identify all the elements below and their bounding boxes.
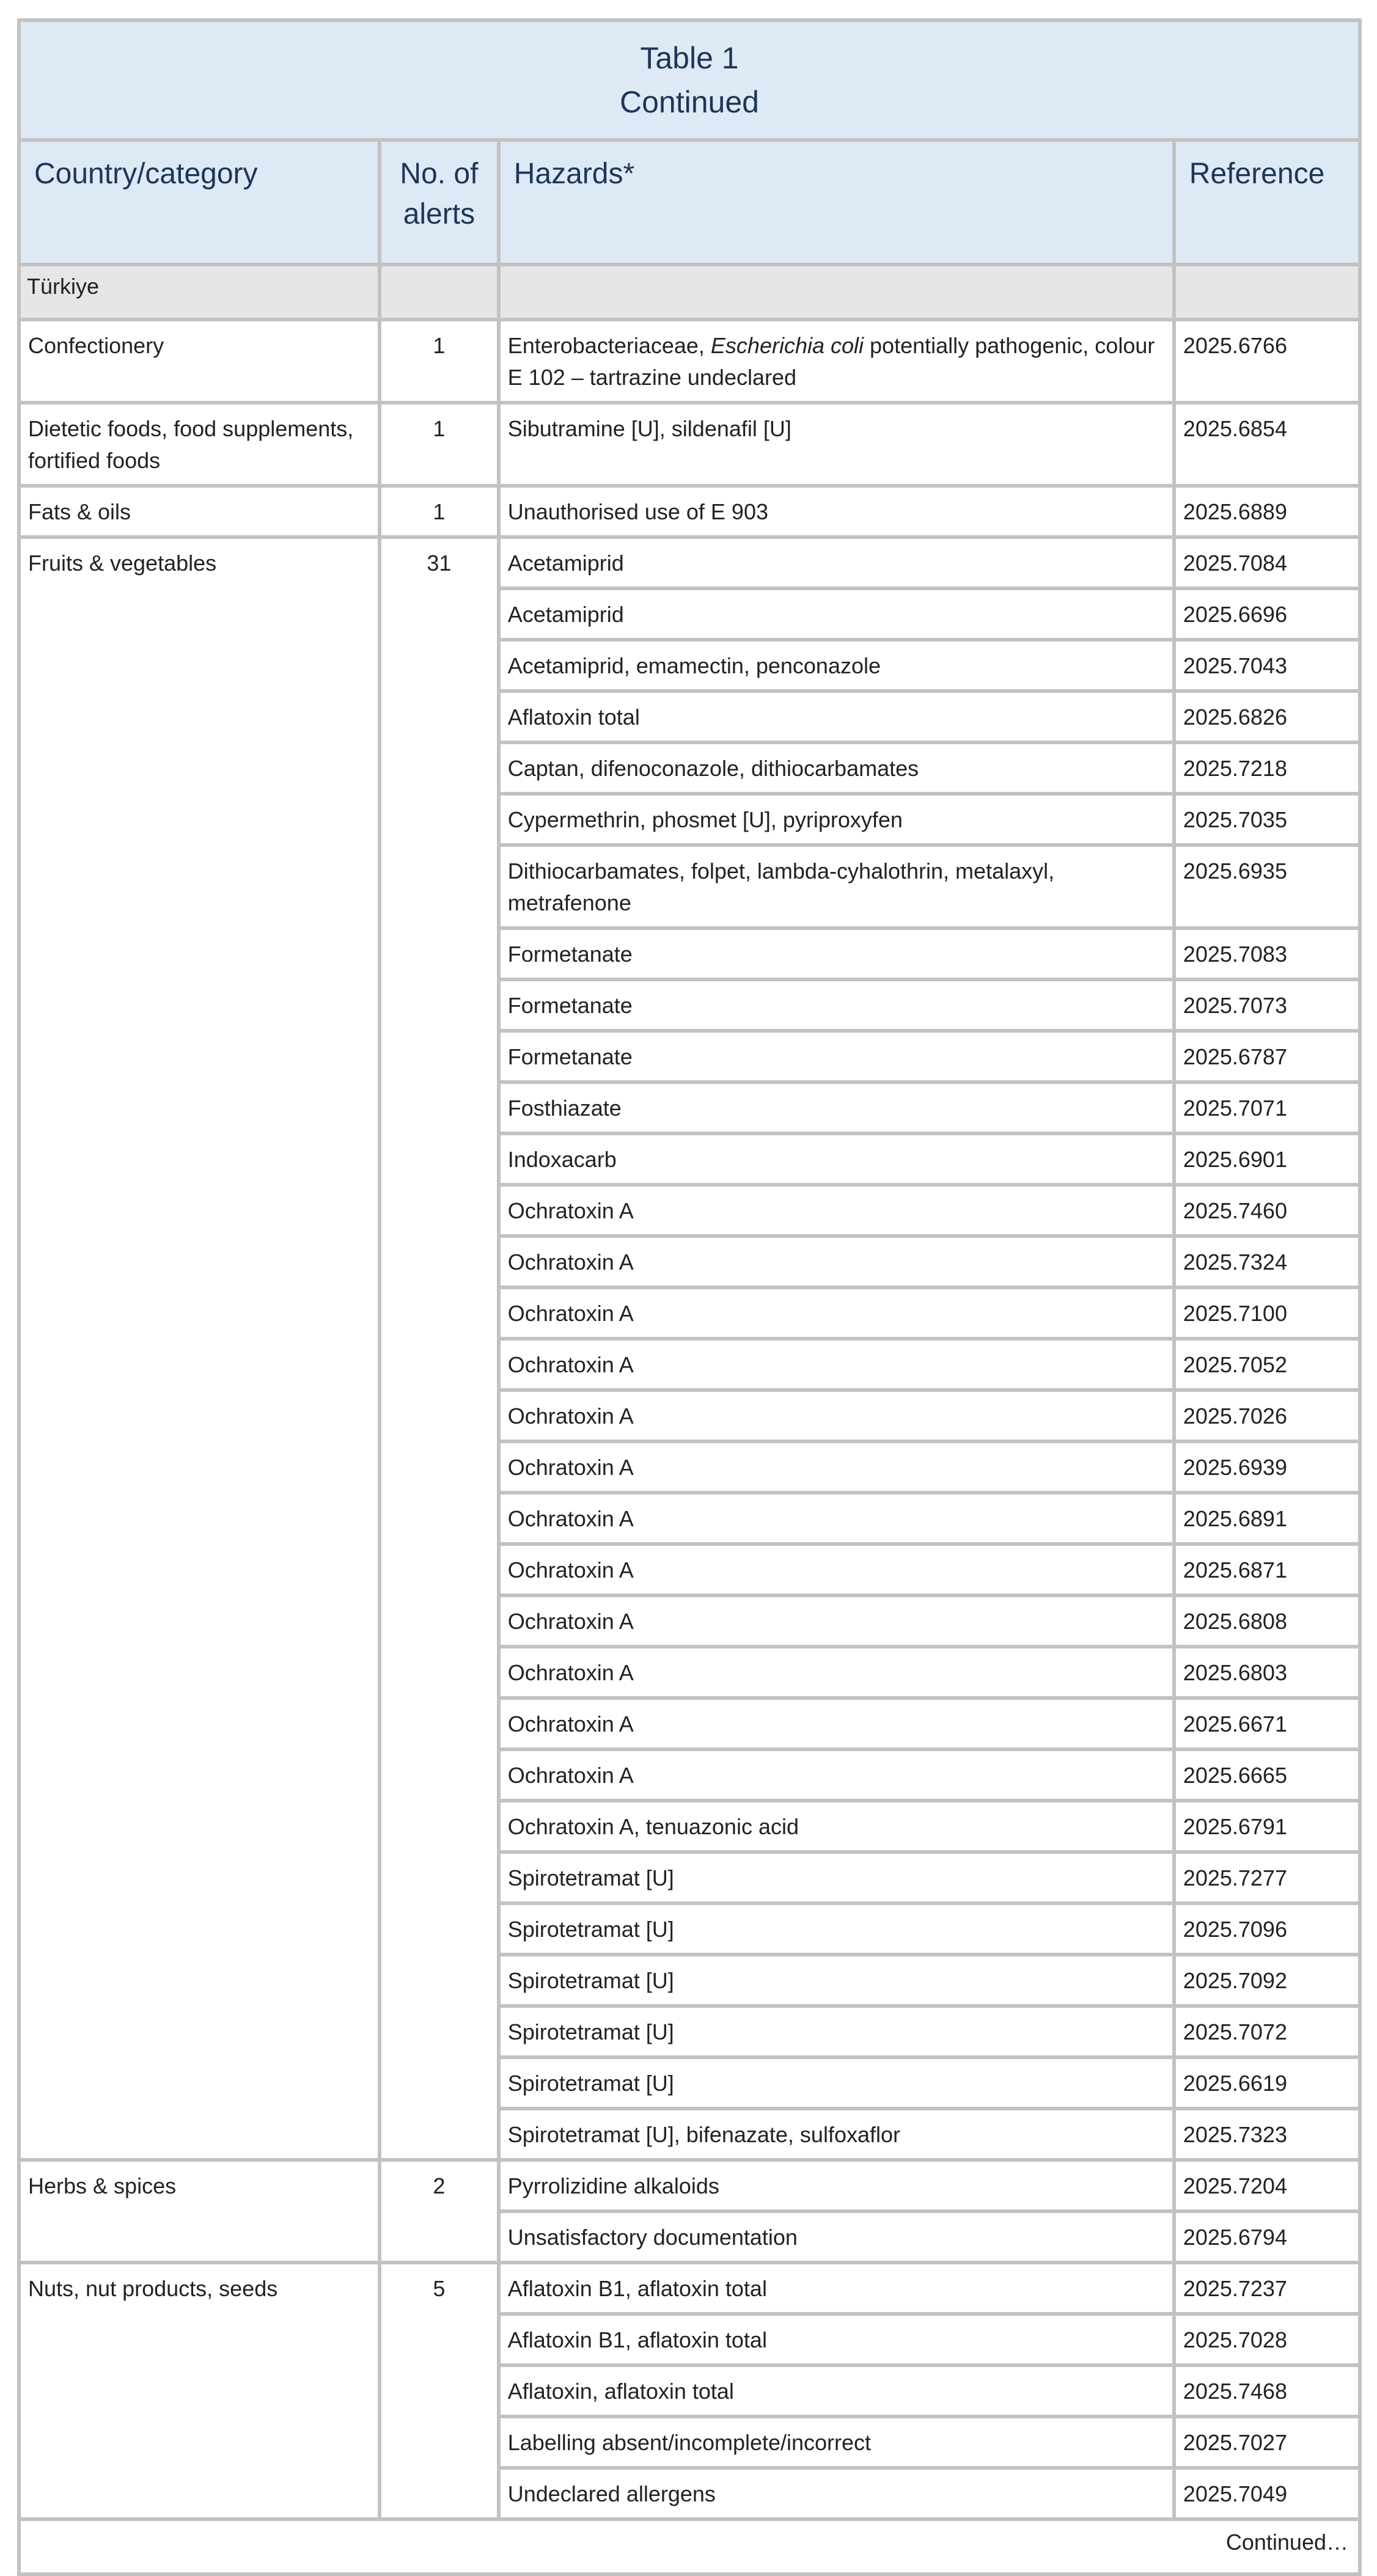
reference-cell: 2025.6889: [1174, 486, 1360, 537]
reference-cell: 2025.7323: [1174, 2109, 1360, 2160]
table-footer-row: Continued…: [19, 2519, 1360, 2574]
reference-cell: 2025.7092: [1174, 1955, 1360, 2006]
category-cell: Herbs & spices: [19, 2160, 380, 2263]
reference-cell: 2025.7096: [1174, 1903, 1360, 1955]
hazard-cell: Formetanate: [499, 1031, 1174, 1082]
hazard-cell: Spirotetramat [U], bifenazate, sulfoxafl…: [499, 2109, 1174, 2160]
hazard-cell: Acetamiprid, emamectin, penconazole: [499, 640, 1174, 691]
table-row: Fruits & vegetables31Acetamiprid2025.708…: [19, 537, 1360, 588]
reference-cell: 2025.6766: [1174, 320, 1360, 403]
alerts-count-cell: 1: [380, 320, 499, 403]
table-header-row: Country/category No. of alerts Hazards* …: [19, 140, 1360, 265]
reference-cell: 2025.7324: [1174, 1236, 1360, 1287]
hazard-cell: Ochratoxin A: [499, 1544, 1174, 1595]
hazard-cell: Aflatoxin B1, aflatoxin total: [499, 2314, 1174, 2365]
hazard-cell: Acetamiprid: [499, 537, 1174, 588]
column-header-reference: Reference: [1174, 140, 1360, 265]
reference-cell: 2025.6791: [1174, 1801, 1360, 1852]
hazard-cell: Ochratoxin A, tenuazonic acid: [499, 1801, 1174, 1852]
hazard-cell: Labelling absent/incomplete/incorrect: [499, 2417, 1174, 2468]
hazard-cell: Ochratoxin A: [499, 1390, 1174, 1441]
reference-cell: 2025.6935: [1174, 845, 1360, 928]
reference-cell: 2025.6665: [1174, 1749, 1360, 1801]
reference-cell: 2025.6803: [1174, 1647, 1360, 1698]
table-title: Table 1: [21, 36, 1358, 80]
hazard-cell: Undeclared allergens: [499, 2468, 1174, 2519]
table-row: Fats & oils1Unauthorised use of E 903202…: [19, 486, 1360, 537]
table-title-cell: Table 1 Continued: [19, 20, 1360, 140]
reference-cell: 2025.7072: [1174, 2006, 1360, 2057]
hazard-cell: Aflatoxin, aflatoxin total: [499, 2365, 1174, 2417]
reference-cell: 2025.7073: [1174, 979, 1360, 1031]
reference-cell: 2025.6939: [1174, 1441, 1360, 1493]
category-cell: Fats & oils: [19, 486, 380, 537]
hazard-cell: Captan, difenoconazole, dithiocarbamates: [499, 742, 1174, 794]
table-row: Dietetic foods, food supplements, fortif…: [19, 403, 1360, 486]
hazard-cell: Ochratoxin A: [499, 1749, 1174, 1801]
table-row: Herbs & spices2Pyrrolizidine alkaloids20…: [19, 2160, 1360, 2211]
reference-cell: 2025.6696: [1174, 588, 1360, 640]
category-cell: Fruits & vegetables: [19, 537, 380, 2160]
reference-cell: 2025.7026: [1174, 1390, 1360, 1441]
hazard-cell: Unauthorised use of E 903: [499, 486, 1174, 537]
reference-cell: 2025.7277: [1174, 1852, 1360, 1903]
alerts-count-cell: 5: [380, 2263, 499, 2519]
reference-cell: 2025.7460: [1174, 1185, 1360, 1236]
reference-cell: 2025.7043: [1174, 640, 1360, 691]
hazard-cell: Cypermethrin, phosmet [U], pyriproxyfen: [499, 794, 1174, 845]
hazard-cell: Ochratoxin A: [499, 1441, 1174, 1493]
hazard-cell: Ochratoxin A: [499, 1647, 1174, 1698]
hazard-cell: Spirotetramat [U]: [499, 2057, 1174, 2109]
hazard-cell: Indoxacarb: [499, 1133, 1174, 1185]
hazard-cell: Aflatoxin B1, aflatoxin total: [499, 2263, 1174, 2314]
reference-cell: 2025.6826: [1174, 691, 1360, 742]
column-header-alerts: No. of alerts: [380, 140, 499, 265]
reference-cell: 2025.6808: [1174, 1595, 1360, 1647]
reference-cell: 2025.7218: [1174, 742, 1360, 794]
hazard-cell: Ochratoxin A: [499, 1287, 1174, 1339]
hazard-cell: Acetamiprid: [499, 588, 1174, 640]
hazard-cell: Spirotetramat [U]: [499, 1903, 1174, 1955]
alerts-count-cell: 1: [380, 403, 499, 486]
hazard-cell: Dithiocarbamates, folpet, lambda-cyhalot…: [499, 845, 1174, 928]
reference-cell: 2025.7027: [1174, 2417, 1360, 2468]
reference-cell: 2025.6794: [1174, 2211, 1360, 2263]
reference-cell: 2025.7100: [1174, 1287, 1360, 1339]
continued-note: Continued…: [19, 2519, 1360, 2574]
column-header-country: Country/category: [19, 140, 380, 265]
reference-cell: 2025.7204: [1174, 2160, 1360, 2211]
reference-cell: 2025.7084: [1174, 537, 1360, 588]
category-cell: Confectionery: [19, 320, 380, 403]
reference-cell: 2025.6854: [1174, 403, 1360, 486]
category-cell: Dietetic foods, food supplements, fortif…: [19, 403, 380, 486]
reference-cell: 2025.7083: [1174, 928, 1360, 979]
hazard-cell: Ochratoxin A: [499, 1185, 1174, 1236]
reference-cell: 2025.7071: [1174, 1082, 1360, 1133]
country-row: Türkiye: [19, 265, 1360, 320]
column-header-hazards: Hazards*: [499, 140, 1174, 265]
hazard-cell: Pyrrolizidine alkaloids: [499, 2160, 1174, 2211]
reference-cell: 2025.7035: [1174, 794, 1360, 845]
category-cell: Nuts, nut products, seeds: [19, 2263, 380, 2519]
hazard-cell: Sibutramine [U], sildenafil [U]: [499, 403, 1174, 486]
hazard-cell: Spirotetramat [U]: [499, 2006, 1174, 2057]
hazard-cell: Ochratoxin A: [499, 1595, 1174, 1647]
hazard-cell: Aflatoxin total: [499, 691, 1174, 742]
table-row: Nuts, nut products, seeds5Aflatoxin B1, …: [19, 2263, 1360, 2314]
hazard-cell: Formetanate: [499, 979, 1174, 1031]
hazard-cell: Enterobacteriaceae, Escherichia coli pot…: [499, 320, 1174, 403]
reference-cell: 2025.6891: [1174, 1493, 1360, 1544]
reference-cell: 2025.7052: [1174, 1339, 1360, 1390]
hazards-table: Table 1 Continued Country/category No. o…: [17, 18, 1362, 2576]
hazard-cell: Spirotetramat [U]: [499, 1852, 1174, 1903]
reference-cell: 2025.6619: [1174, 2057, 1360, 2109]
hazard-cell: Formetanate: [499, 928, 1174, 979]
hazard-cell: Ochratoxin A: [499, 1339, 1174, 1390]
reference-cell: 2025.6671: [1174, 1698, 1360, 1749]
reference-cell: 2025.6787: [1174, 1031, 1360, 1082]
hazard-cell: Ochratoxin A: [499, 1493, 1174, 1544]
reference-cell: 2025.7237: [1174, 2263, 1360, 2314]
alerts-count-cell: 31: [380, 537, 499, 2160]
reference-cell: 2025.7049: [1174, 2468, 1360, 2519]
hazard-cell: Ochratoxin A: [499, 1698, 1174, 1749]
alerts-count-cell: 2: [380, 2160, 499, 2263]
alerts-count-cell: 1: [380, 486, 499, 537]
hazard-cell: Fosthiazate: [499, 1082, 1174, 1133]
reference-cell: 2025.7028: [1174, 2314, 1360, 2365]
hazard-cell: Ochratoxin A: [499, 1236, 1174, 1287]
reference-cell: 2025.6871: [1174, 1544, 1360, 1595]
table-subtitle: Continued: [21, 80, 1358, 124]
country-name: Türkiye: [19, 265, 380, 320]
hazard-cell: Unsatisfactory documentation: [499, 2211, 1174, 2263]
hazard-cell: Spirotetramat [U]: [499, 1955, 1174, 2006]
reference-cell: 2025.6901: [1174, 1133, 1360, 1185]
table-row: Confectionery1Enterobacteriaceae, Escher…: [19, 320, 1360, 403]
reference-cell: 2025.7468: [1174, 2365, 1360, 2417]
